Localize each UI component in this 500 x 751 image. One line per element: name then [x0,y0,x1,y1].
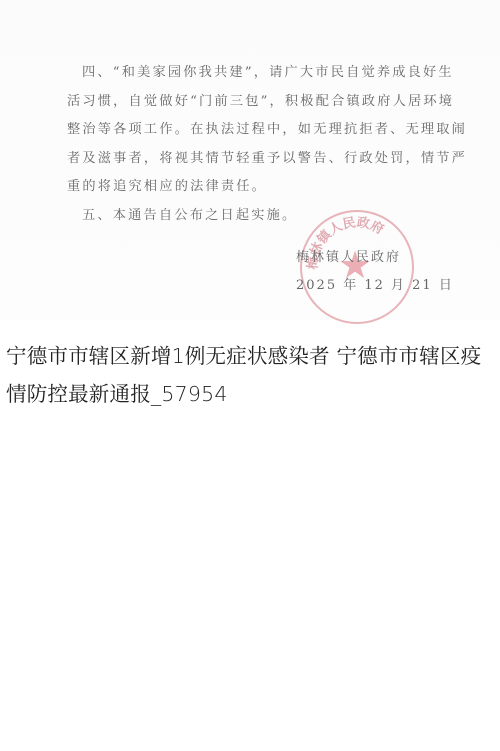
issuer-name: 梅林镇人民政府 [296,244,454,272]
signature-block: 梅林镇人民政府 2025 年 12 月 21 日 [296,244,454,300]
article-title: 宁德市市辖区新增1例无症状感染者 宁德市市辖区疫情防控最新通报_57954 [6,337,498,413]
notice-document-image: 四、“和美家园你我共建”，请广大市民自觉养成良好生 活习惯，自觉做好“门前三包”… [0,0,500,320]
paragraph-line: 四、“和美家园你我共建”，请广大市民自觉养成良好生 [67,59,447,88]
paragraph-4: 四、“和美家园你我共建”，请广大市民自觉养成良好生 活习惯，自觉做好“门前三包”… [67,59,447,202]
paragraph-line: 者及滋事者，将视其情节轻重予以警告、行政处罚，情节严 [67,145,447,174]
paragraph-line: 整治等各项工作。在执法过程中，如无理抗拒者、无理取闹 [67,116,447,145]
paragraph-line: 活习惯，自觉做好“门前三包”，积极配合镇政府人居环境 [67,88,447,117]
issue-date: 2025 年 12 月 21 日 [296,272,454,300]
paragraph-line: 重的将追究相应的法律责任。 [67,173,447,202]
